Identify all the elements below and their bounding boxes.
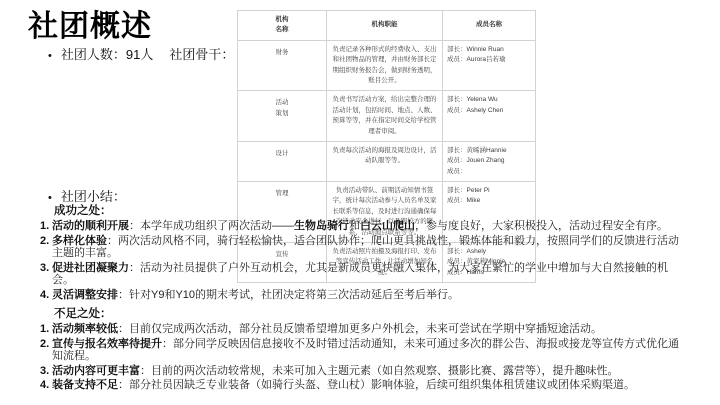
list-item: 1. 活动频率较低：目前仅完成两次活动，部分社员反馈希望增加更多户外机会，未来可…	[30, 323, 685, 336]
org-name-cell: 财务	[238, 40, 327, 91]
org-members-cell: 部长：Winnie Ruan 成员：Aurora吕若瑜	[443, 40, 536, 91]
presentation-slide: 社团概述 • 社团人数：91人 社团骨干： 机构 名称 机构职能 成员名称 财务…	[0, 0, 720, 405]
shortcomings-heading: 不足之处：	[54, 308, 685, 321]
club-summary-line: • 社团小结：	[48, 186, 126, 205]
org-duty-cell: 负责记录各种形式的经费收入、支出和社团物品的管理，并由财务部长定期组织财务报告会…	[327, 40, 443, 91]
bullet-icon: •	[48, 50, 52, 62]
header-member-names: 成员名称	[443, 11, 536, 41]
list-item: 4. 装备支持不足：部分社员因缺乏专业装备（如骑行头盔、登山杖）影响体验，后续可…	[30, 379, 685, 392]
list-item: 1. 活动的顺利开展：本学年成功组织了两次活动——生物岛骑行和白云山爬山，参与度…	[30, 220, 685, 233]
item-text: 装备支持不足：部分社员因缺乏专业装备（如骑行头盔、登山杖）影响体验，后续可组织集…	[52, 379, 685, 392]
list-item: 4. 灵活调整安排：针对Y9和Y10的期末考试，社团决定将第三次活动延后至考后举…	[30, 289, 685, 302]
item-number: 2.	[40, 338, 52, 363]
bullet-icon: •	[48, 192, 52, 204]
header-org-name: 机构 名称	[238, 11, 327, 41]
org-members-cell: 部长：Yelena Wu 成员：Ashely Chen	[443, 91, 536, 142]
table-row: 活动 策划 负责书写活动方案，给出完整合理的活动计划，包括时间、地点、人数、预算…	[238, 91, 536, 142]
org-members-cell: 部长：黄晞涵Hannie 成员：Jouen Zhang 成员：	[443, 141, 536, 181]
backbone-label: 社团骨干：	[169, 44, 234, 63]
item-number: 1.	[40, 220, 52, 233]
item-number: 4.	[40, 289, 52, 302]
item-text: 宣传与报名效率待提升：部分同学反映因信息接收不及时错过活动通知，未来可通过多次的…	[52, 338, 685, 363]
org-duty-cell: 负责每次活动的海报及周边设计，活动队服等等。	[327, 141, 443, 181]
success-heading: 成功之处：	[54, 205, 685, 218]
list-item: 3. 活动内容可更丰富：目前的两次活动较常规，未来可加入主题元素（如自然观察、摄…	[30, 365, 685, 378]
item-text: 活动的顺利开展：本学年成功组织了两次活动——生物岛骑行和白云山爬山，参与度良好，…	[52, 220, 685, 233]
org-name-cell: 设计	[238, 141, 327, 181]
item-text: 灵活调整安排：针对Y9和Y10的期末考试，社团决定将第三次活动延后至考后举行。	[52, 289, 685, 302]
member-count-text: 社团人数：91人	[61, 44, 153, 63]
member-count-line: • 社团人数：91人 社团骨干：	[48, 44, 234, 63]
item-number: 4.	[40, 379, 52, 392]
list-item: 3. 促进社团凝聚力：活动为社员提供了户外互动机会，尤其是新成员更快融入集体，为…	[30, 262, 685, 287]
item-text: 促进社团凝聚力：活动为社员提供了户外互动机会，尤其是新成员更快融入集体，为大家在…	[52, 262, 685, 287]
org-duty-cell: 负责书写活动方案，给出完整合理的活动计划，包括时间、地点、人数、预算等等，并在指…	[327, 91, 443, 142]
item-number: 1.	[40, 323, 52, 336]
list-item: 2. 宣传与报名效率待提升：部分同学反映因信息接收不及时错过活动通知，未来可通过…	[30, 338, 685, 363]
table-row: 设计 负责每次活动的海报及周边设计，活动队服等等。 部长：黄晞涵Hannie 成…	[238, 141, 536, 181]
table-row: 财务 负责记录各种形式的经费收入、支出和社团物品的管理，并由财务部长定期组织财务…	[238, 40, 536, 91]
table-header-row: 机构 名称 机构职能 成员名称	[238, 11, 536, 41]
header-org-duty: 机构职能	[327, 11, 443, 41]
item-number: 2.	[40, 235, 52, 260]
item-text: 多样化体验：两次活动风格不同，骑行轻松愉快，适合团队协作；爬山更具挑战性，锻炼体…	[52, 235, 685, 260]
list-item: 2. 多样化体验：两次活动风格不同，骑行轻松愉快，适合团队协作；爬山更具挑战性，…	[30, 235, 685, 260]
org-name-cell: 活动 策划	[238, 91, 327, 142]
item-text: 活动内容可更丰富：目前的两次活动较常规，未来可加入主题元素（如自然观察、摄影比赛…	[52, 365, 685, 378]
item-text: 活动频率较低：目前仅完成两次活动，部分社员反馈希望增加更多户外机会，未来可尝试在…	[52, 323, 685, 336]
summary-sections: 成功之处： 1. 活动的顺利开展：本学年成功组织了两次活动——生物岛骑行和白云山…	[30, 205, 685, 394]
club-summary-label: 社团小结：	[61, 186, 126, 205]
item-number: 3.	[40, 365, 52, 378]
slide-title: 社团概述	[28, 1, 152, 45]
item-number: 3.	[40, 262, 52, 287]
